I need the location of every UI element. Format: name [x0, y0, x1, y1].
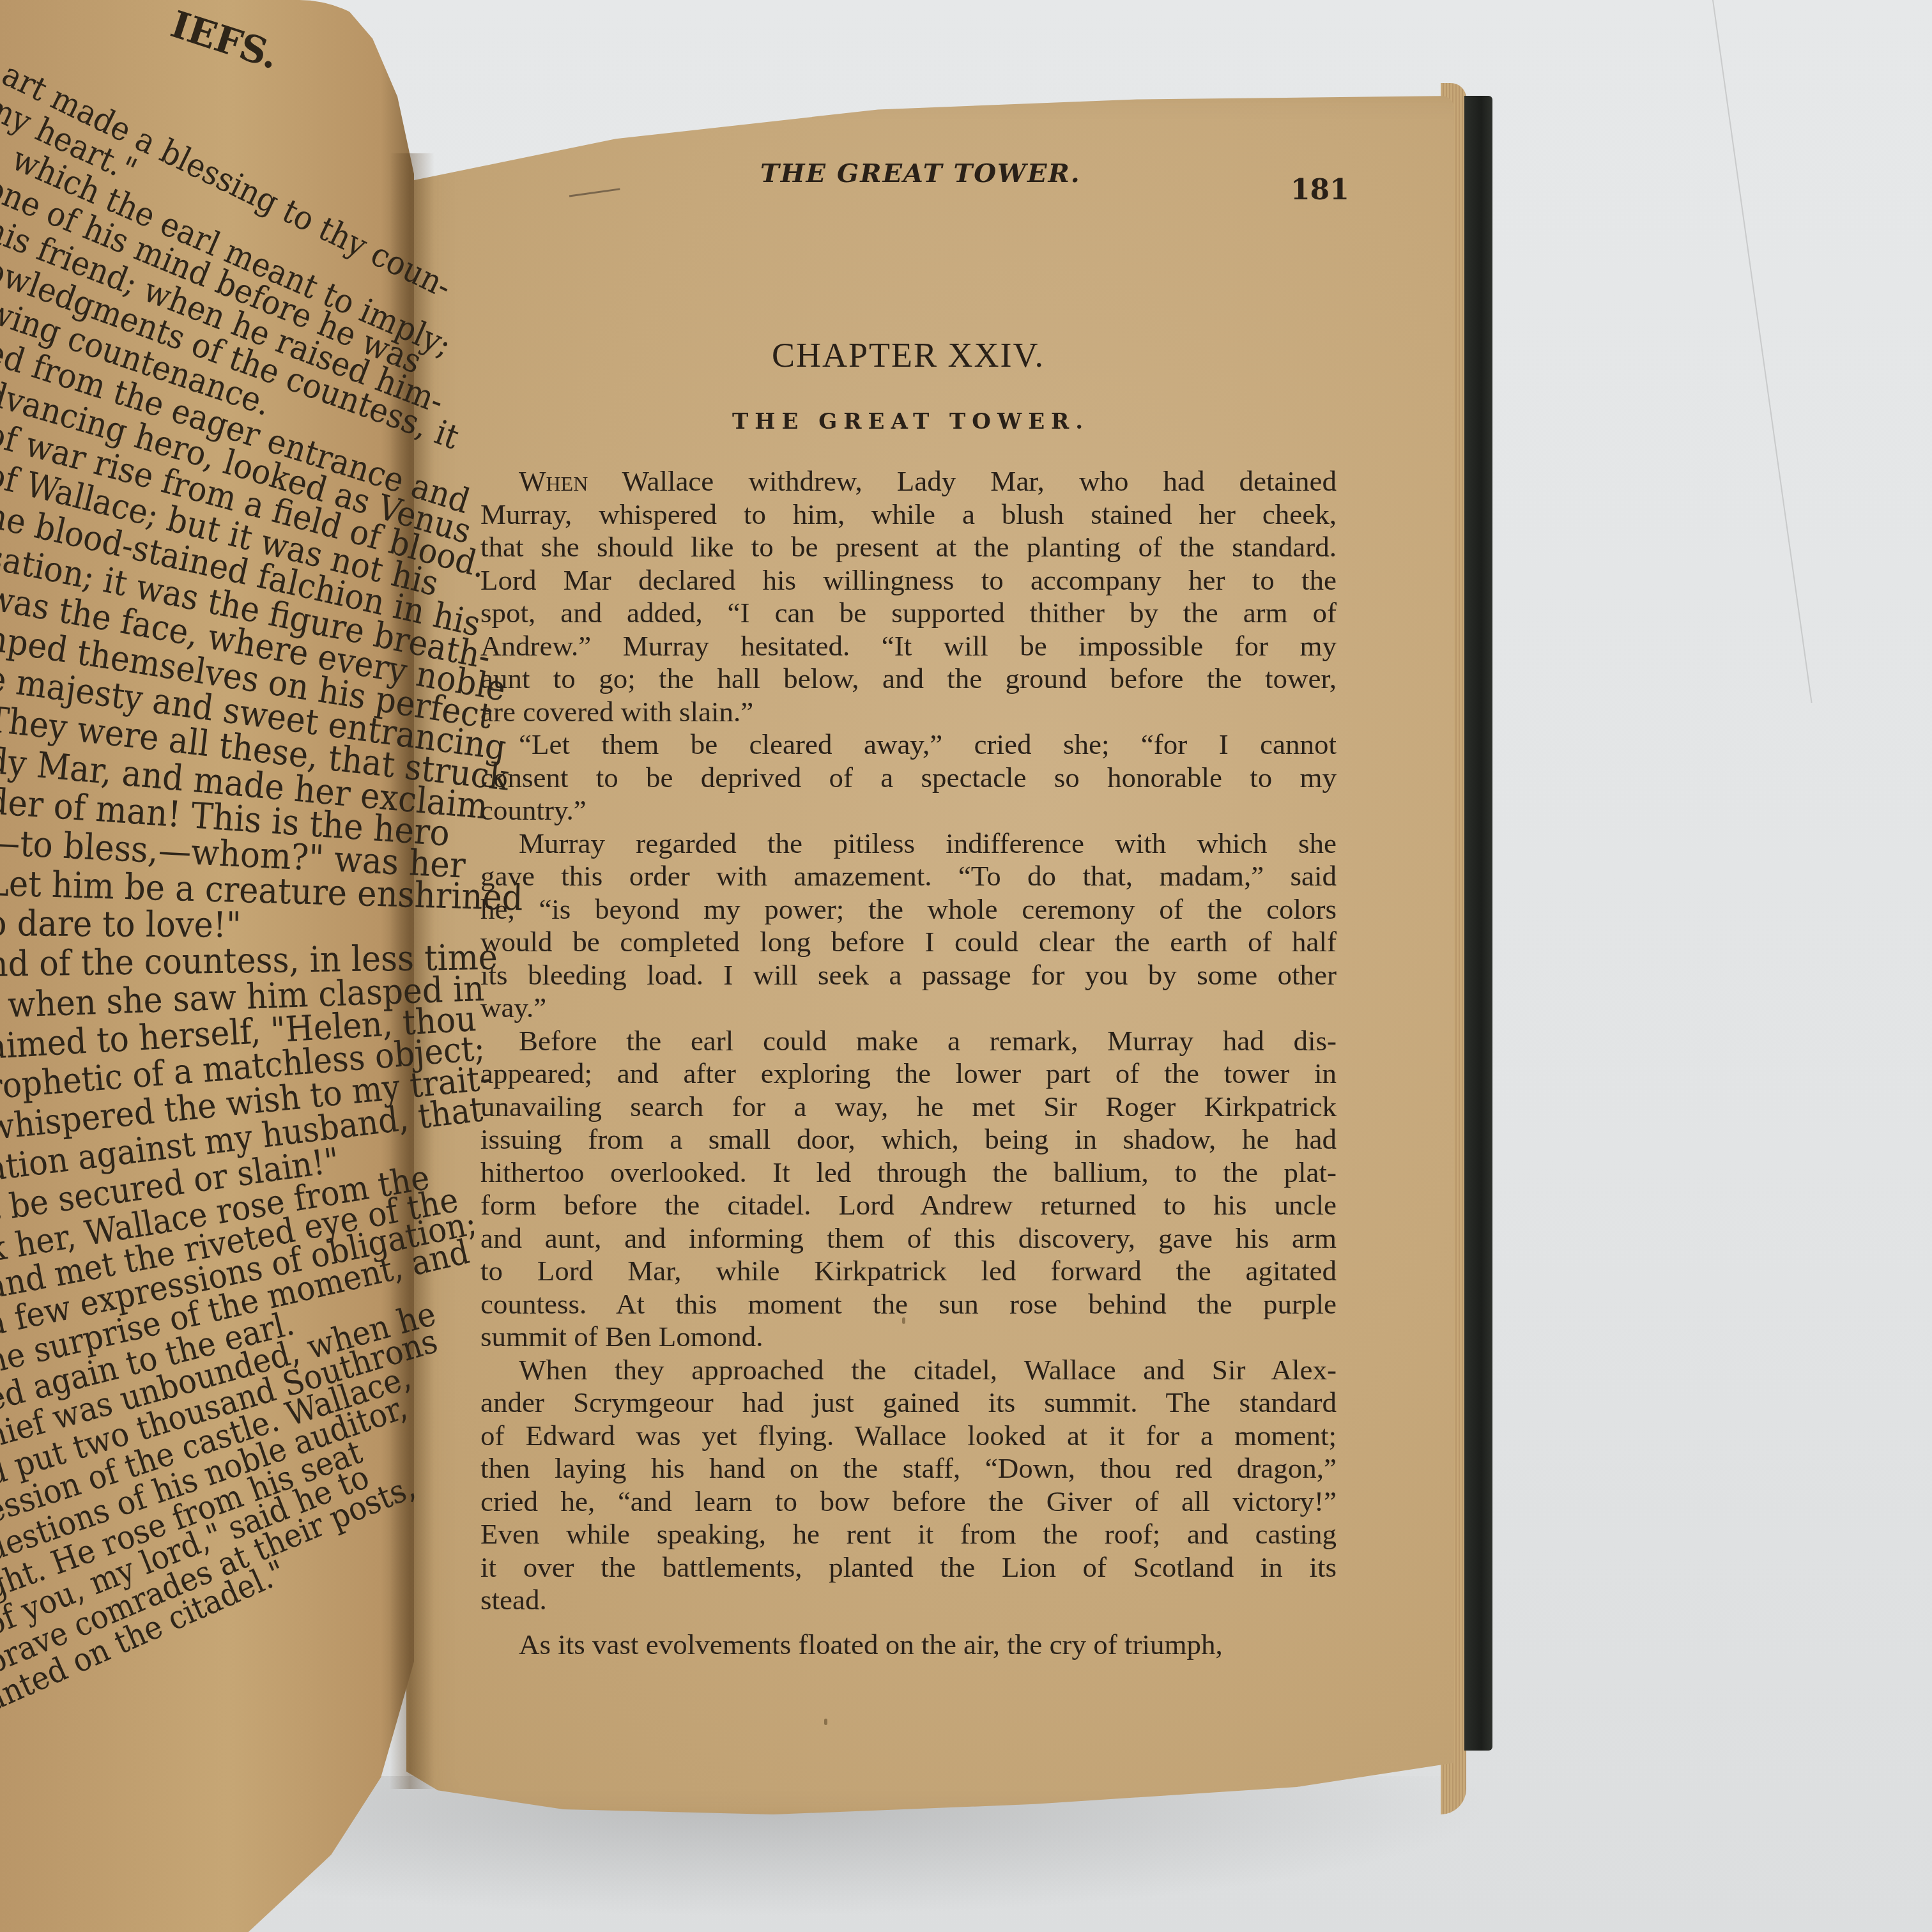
- left-text-line: o dare to love!": [0, 903, 241, 946]
- text-line: hithertoo overlooked. It led through the…: [480, 1156, 1337, 1190]
- text-line: When Wallace withdrew, Lady Mar, who had…: [480, 465, 1337, 498]
- text-line: “Let them be cleared away,” cried she; “…: [480, 728, 1337, 762]
- book-cover-back: [1464, 96, 1492, 1751]
- text-line: Andrew.” Murray hesitated. “It will be i…: [480, 630, 1337, 663]
- opening-word: When: [519, 465, 588, 497]
- text-line: and aunt, and informing them of this dis…: [480, 1222, 1337, 1255]
- text-line: its bleeding load. I will seek a passage…: [480, 959, 1337, 992]
- text-line: ander Scrymgeour had just gained its sum…: [480, 1386, 1337, 1420]
- text-line: form before the citadel. Lord Andrew ret…: [480, 1189, 1337, 1222]
- text-line: stead.: [480, 1584, 1337, 1617]
- running-head: THE GREAT TOWER.: [760, 158, 1081, 188]
- text-line: to Lord Mar, while Kirkpatrick led forwa…: [480, 1255, 1337, 1288]
- text-line: issuing from a small door, which, being …: [480, 1123, 1337, 1156]
- text-line: When they approached the citadel, Wallac…: [480, 1354, 1337, 1387]
- text-line: gave this order with amazement. “To do t…: [480, 860, 1337, 893]
- text-line: cried he, “and learn to bow before the G…: [480, 1485, 1337, 1519]
- text-line: he, “is beyond my power; the whole cerem…: [480, 893, 1337, 926]
- text-line: it over the battlements, planted the Lio…: [480, 1551, 1337, 1584]
- left-page-text: IEFS. , art made a blessing to thy coun-…: [0, 6, 409, 1731]
- text-line: would be completed long before I could c…: [480, 926, 1337, 959]
- chapter-body-text: When Wallace withdrew, Lady Mar, who had…: [480, 465, 1337, 1661]
- paper-speck: [902, 1317, 905, 1324]
- text-line: As its vast evolvements floated on the a…: [480, 1629, 1337, 1662]
- left-running-head: IEFS.: [165, 3, 284, 78]
- text-line: countess. At this moment the sun rose be…: [480, 1288, 1337, 1321]
- text-line: spot, and added, “I can be supported thi…: [480, 597, 1337, 630]
- text-line: Murray, whispered to him, while a blush …: [480, 498, 1337, 532]
- page-number: 181: [1291, 174, 1349, 206]
- text-line: unavailing search for a way, he met Sir …: [480, 1091, 1337, 1124]
- text-line: aunt to go; the hall below, and the grou…: [480, 663, 1337, 696]
- text-line: Even while speaking, he rent it from the…: [480, 1518, 1337, 1551]
- text-line: country.”: [480, 794, 1337, 827]
- text-line: appeared; and after exploring the lower …: [480, 1057, 1337, 1091]
- chapter-title: CHAPTER XXIV.: [772, 335, 1045, 375]
- text-line: of Edward was yet flying. Wallace looked…: [480, 1420, 1337, 1453]
- chapter-subtitle: THE GREAT TOWER.: [732, 409, 1089, 434]
- text-line: summit of Ben Lomond.: [480, 1321, 1337, 1354]
- text-line: Before the earl could make a remark, Mur…: [480, 1025, 1337, 1058]
- paper-speck: [824, 1719, 827, 1725]
- text-line: Murray regarded the pitiless indifferenc…: [480, 827, 1337, 861]
- text-line: way.”: [480, 992, 1337, 1025]
- text-line: Lord Mar declared his willingness to acc…: [480, 564, 1337, 597]
- text-line: are covered with slain.”: [480, 696, 1337, 729]
- text-line: that she should like to be present at th…: [480, 531, 1337, 564]
- text-line: consent to be deprived of a spectacle so…: [480, 762, 1337, 795]
- text-line-rest: Wallace withdrew, Lady Mar, who had deta…: [588, 465, 1337, 497]
- text-line: then laying his hand on the staff, “Down…: [480, 1452, 1337, 1485]
